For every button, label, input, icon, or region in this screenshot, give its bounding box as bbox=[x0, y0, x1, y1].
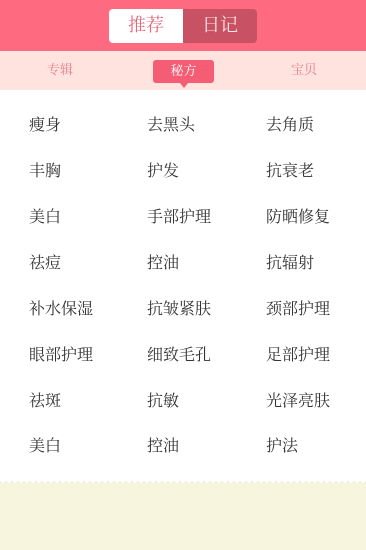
category-item[interactable]: 颈部护理 bbox=[266, 299, 330, 319]
app-root: 推荐 日记 专辑 秘方 宝贝 瘦身 去黑头 去角质 丰胸 护发 抗衰老 美白 手… bbox=[0, 0, 366, 550]
category-item[interactable]: 细致毛孔 bbox=[147, 345, 211, 365]
sub-tab-bar: 专辑 秘方 宝贝 bbox=[0, 51, 366, 90]
segment-diary[interactable]: 日记 bbox=[183, 9, 257, 43]
top-header: 推荐 日记 bbox=[0, 0, 366, 51]
category-item[interactable]: 美白 bbox=[29, 436, 61, 456]
subtab-secret-recipe-label: 秘方 bbox=[170, 64, 196, 79]
category-item[interactable]: 抗敏 bbox=[147, 391, 179, 411]
category-item[interactable]: 瘦身 bbox=[29, 115, 61, 135]
footer-area bbox=[0, 482, 366, 550]
category-item[interactable]: 抗辐射 bbox=[266, 253, 314, 273]
category-item[interactable]: 光泽亮肤 bbox=[266, 391, 330, 411]
subtab-secret-recipe[interactable]: 秘方 bbox=[153, 60, 214, 83]
subtab-album[interactable]: 专辑 bbox=[20, 51, 100, 90]
subtab-treasure[interactable]: 宝贝 bbox=[264, 51, 344, 90]
category-item[interactable]: 丰胸 bbox=[29, 161, 61, 181]
category-item[interactable]: 抗皱紧肤 bbox=[147, 299, 211, 319]
category-item[interactable]: 祛斑 bbox=[29, 391, 61, 411]
category-item[interactable]: 控油 bbox=[147, 253, 179, 273]
category-item[interactable]: 美白 bbox=[29, 207, 61, 227]
category-item[interactable]: 去角质 bbox=[266, 115, 314, 135]
category-item[interactable]: 抗衰老 bbox=[266, 161, 314, 181]
category-item[interactable]: 护法 bbox=[266, 436, 298, 456]
category-item[interactable]: 去黑头 bbox=[147, 115, 195, 135]
category-item[interactable]: 眼部护理 bbox=[29, 345, 93, 365]
category-grid: 瘦身 去黑头 去角质 丰胸 护发 抗衰老 美白 手部护理 防晒修复 祛痘 控油 … bbox=[0, 90, 366, 482]
category-item[interactable]: 控油 bbox=[147, 436, 179, 456]
category-item[interactable]: 祛痘 bbox=[29, 253, 61, 273]
category-item[interactable]: 手部护理 bbox=[147, 207, 211, 227]
category-item[interactable]: 足部护理 bbox=[266, 345, 330, 365]
category-item[interactable]: 补水保湿 bbox=[29, 299, 93, 319]
active-indicator-arrow-icon bbox=[180, 83, 188, 88]
segment-recommend[interactable]: 推荐 bbox=[109, 9, 183, 43]
wavy-edge bbox=[0, 480, 366, 486]
segmented-control: 推荐 日记 bbox=[109, 9, 257, 43]
category-item[interactable]: 护发 bbox=[147, 161, 179, 181]
category-item[interactable]: 防晒修复 bbox=[266, 207, 330, 227]
